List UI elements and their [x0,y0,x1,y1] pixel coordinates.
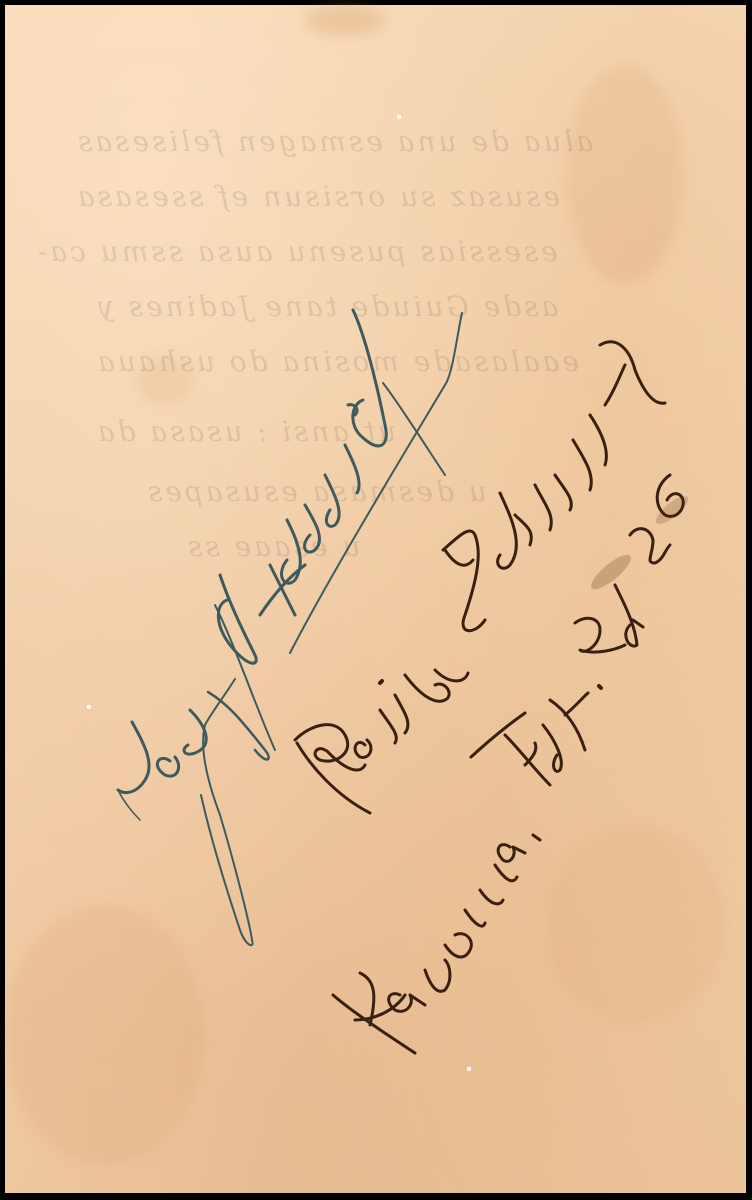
inscription-place-date [333,475,683,1053]
document-page: alua de una esmagen felisesas esusaz su … [5,5,746,1193]
ink-smudge [587,550,636,594]
signature-josef [118,310,462,945]
handwriting-layer [5,5,746,1193]
